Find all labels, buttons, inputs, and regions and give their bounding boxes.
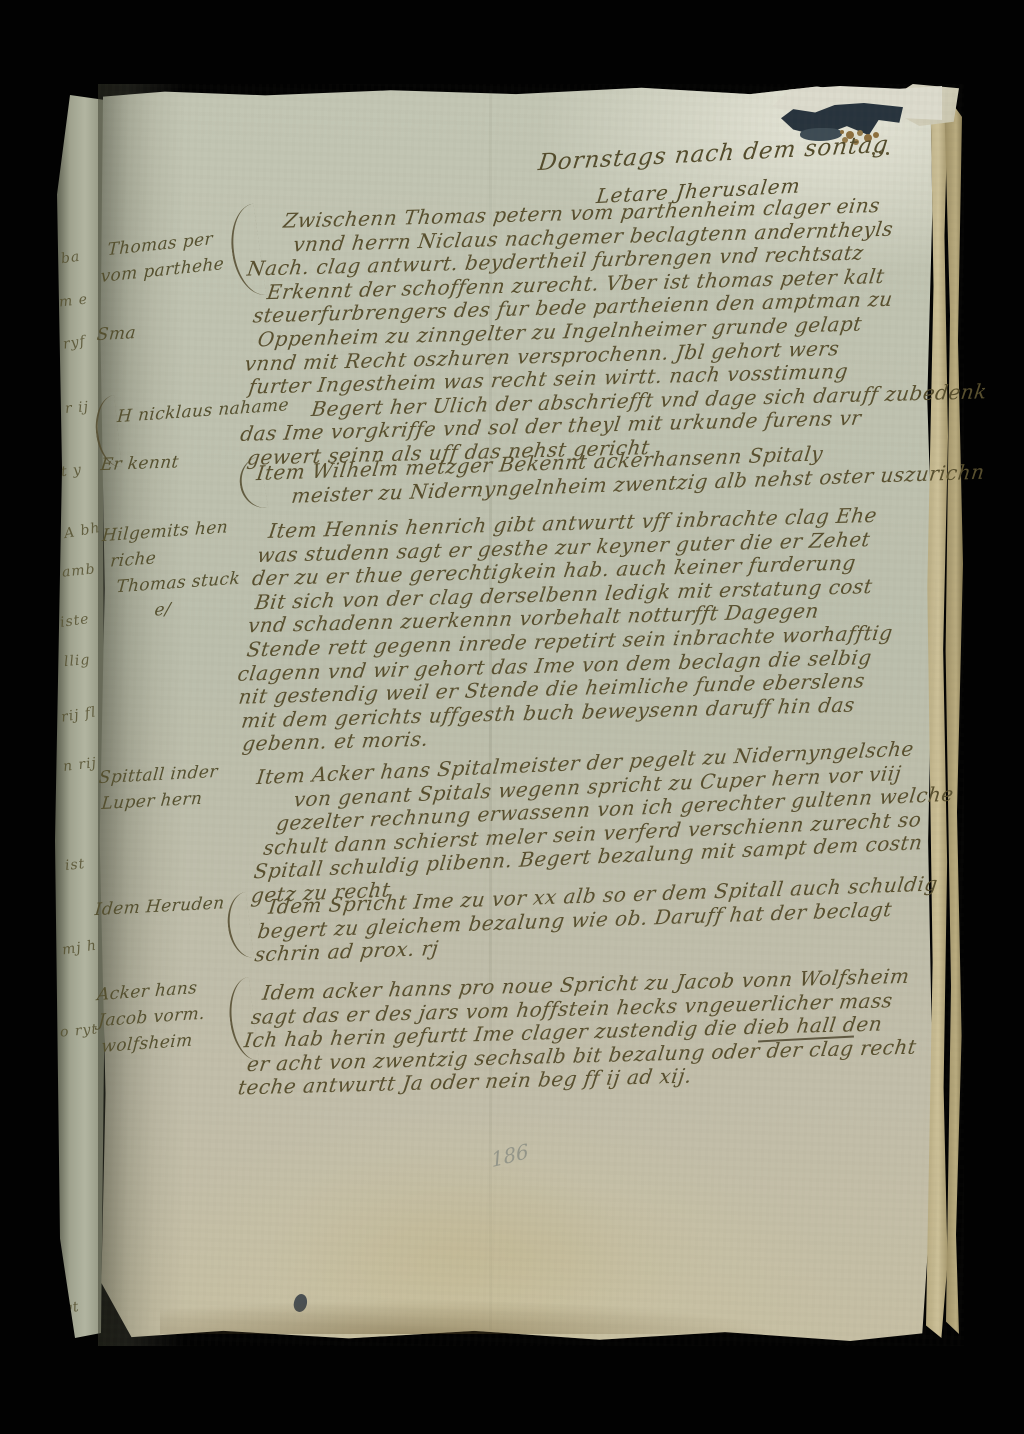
previous-page-edge: ba m e ryf r ij t y A bh amb iste llig r… xyxy=(55,95,105,1338)
edge-writing-fragment: n rij xyxy=(62,755,98,775)
edge-writing-fragment: ba xyxy=(60,249,81,268)
court-entry-paragraph: Item Hennis henrich gibt antwurtt vff in… xyxy=(231,503,910,757)
edge-writing-fragment: amb xyxy=(61,561,96,580)
edge-writing-fragment: ryf xyxy=(62,333,87,352)
edge-writing-fragment: ist xyxy=(64,856,86,874)
edge-writing-fragment: yt xyxy=(63,1299,81,1317)
edge-writing-fragment: iste xyxy=(59,611,91,631)
court-entry-paragraph: Zwischenn Thomas petern vom parthenheim … xyxy=(236,191,1014,471)
margin-note: Hilgemits hen riche Thomas stuck e/ xyxy=(96,513,245,628)
margin-note-line: Sma xyxy=(96,320,137,348)
edge-writing-fragment: t y xyxy=(60,462,83,480)
edge-writing-fragment: A bh xyxy=(63,520,102,542)
edge-writing-fragment: r ij xyxy=(64,399,89,417)
edge-writing-fragment: m e xyxy=(58,292,89,311)
margin-note: Sma xyxy=(96,320,137,348)
bottom-edge-stain xyxy=(160,1300,780,1334)
edge-writing-fragment: llig xyxy=(63,652,91,670)
photo-background: ba m e ryf r ij t y A bh amb iste llig r… xyxy=(0,0,1024,1434)
margin-note: Acker hans Jacob vorm. wolfsheim xyxy=(93,974,208,1060)
edge-writing-fragment: o ryt xyxy=(59,1021,98,1040)
edge-writing-fragment: mj h xyxy=(61,938,98,959)
edge-writing-fragment: rij fl xyxy=(60,704,98,725)
margin-note: Spittall inder Luper hern xyxy=(95,759,219,818)
court-entry-paragraph: Idem acker hanns pro noue Spricht zu Jac… xyxy=(236,964,927,1100)
